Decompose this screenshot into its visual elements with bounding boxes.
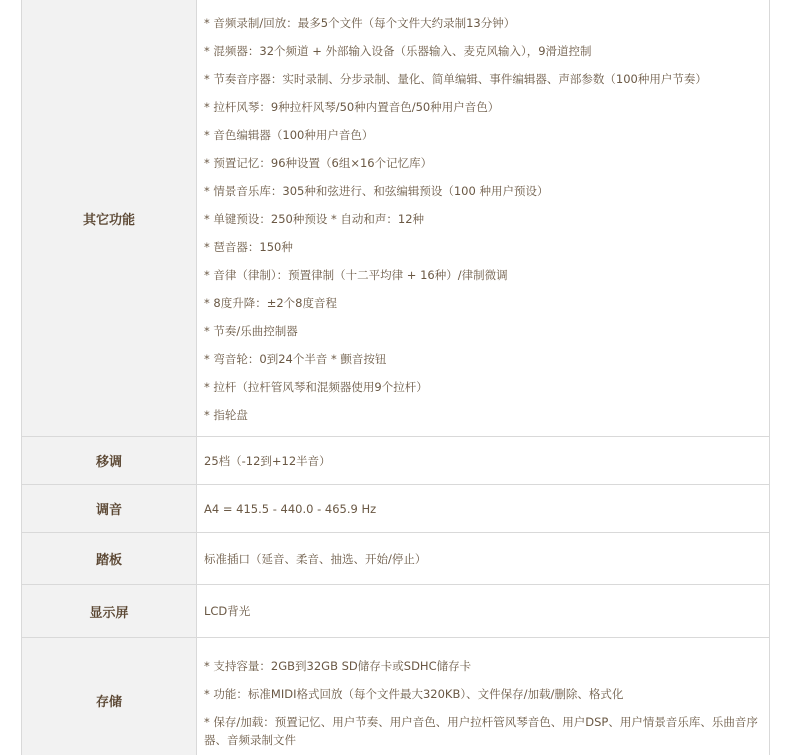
spec-label: 存储 bbox=[22, 638, 197, 755]
spec-label: 移调 bbox=[22, 437, 197, 485]
spec-row-other-features: 其它功能 * 音频录制/回放：最多5个文件（每个文件大约录制13分钟） * 混频… bbox=[22, 0, 770, 437]
spec-label: 踏板 bbox=[22, 533, 197, 585]
feature-item: * 预置记忆：96种设置（6组×16个记忆库） bbox=[204, 149, 763, 177]
spec-table: 其它功能 * 音频录制/回放：最多5个文件（每个文件大约录制13分钟） * 混频… bbox=[21, 0, 770, 755]
spec-value: 标准插口（延音、柔音、抽选、开始/停止） bbox=[197, 533, 770, 585]
spec-row-storage: 存储 * 支持容量：2GB到32GB SD储存卡或SDHC储存卡 * 功能：标准… bbox=[22, 638, 770, 755]
spec-row-tuning: 调音 A4 = 415.5 - 440.0 - 465.9 Hz bbox=[22, 485, 770, 533]
spec-label: 调音 bbox=[22, 485, 197, 533]
spec-value: * 支持容量：2GB到32GB SD储存卡或SDHC储存卡 * 功能：标准MID… bbox=[197, 638, 770, 755]
spec-label: 显示屏 bbox=[22, 585, 197, 638]
feature-item: * 音律（律制）：预置律制（十二平均律 + 16种）/律制微调 bbox=[204, 261, 763, 289]
spec-value: 25档（-12到+12半音） bbox=[197, 437, 770, 485]
spec-value: A4 = 415.5 - 440.0 - 465.9 Hz bbox=[197, 485, 770, 533]
feature-item: * 琶音器：150种 bbox=[204, 233, 763, 261]
feature-item: * 拉杆（拉杆管风琴和混频器使用9个拉杆） bbox=[204, 373, 763, 401]
feature-item: * 节奏/乐曲控制器 bbox=[204, 317, 763, 345]
feature-item: * 音频录制/回放：最多5个文件（每个文件大约录制13分钟） bbox=[204, 9, 763, 37]
spec-label: 其它功能 bbox=[22, 0, 197, 437]
feature-item: * 单键预设：250种预设 * 自动和声：12种 bbox=[204, 205, 763, 233]
spec-row-transpose: 移调 25档（-12到+12半音） bbox=[22, 437, 770, 485]
spec-row-display: 显示屏 LCD背光 bbox=[22, 585, 770, 638]
spec-value: LCD背光 bbox=[197, 585, 770, 638]
storage-item: * 保存/加载：预置记忆、用户节奏、用户音色、用户拉杆管风琴音色、用户DSP、用… bbox=[204, 708, 763, 749]
storage-item: * 功能：标准MIDI格式回放（每个文件最大320KB）、文件保存/加载/删除、… bbox=[204, 680, 763, 708]
feature-item: * 音色编辑器（100种用户音色） bbox=[204, 121, 763, 149]
storage-item: * 支持容量：2GB到32GB SD储存卡或SDHC储存卡 bbox=[204, 652, 763, 680]
feature-item: * 8度升降：±2个8度音程 bbox=[204, 289, 763, 317]
feature-item: * 情景音乐库：305种和弦进行、和弦编辑预设（100 种用户预设） bbox=[204, 177, 763, 205]
feature-item: * 节奏音序器：实时录制、分步录制、量化、简单编辑、事件编辑器、声部参数（100… bbox=[204, 65, 763, 93]
spec-row-pedal: 踏板 标准插口（延音、柔音、抽选、开始/停止） bbox=[22, 533, 770, 585]
feature-item: * 混频器：32个频道 + 外部输入设备（乐器输入、麦克风输入），9滑道控制 bbox=[204, 37, 763, 65]
feature-item: * 指轮盘 bbox=[204, 401, 763, 429]
feature-item: * 拉杆风琴：9种拉杆风琴/50种内置音色/50种用户音色） bbox=[204, 93, 763, 121]
spec-value: * 音频录制/回放：最多5个文件（每个文件大约录制13分钟） * 混频器：32个… bbox=[197, 0, 770, 437]
feature-item: * 弯音轮：0到24个半音 * 颤音按钮 bbox=[204, 345, 763, 373]
